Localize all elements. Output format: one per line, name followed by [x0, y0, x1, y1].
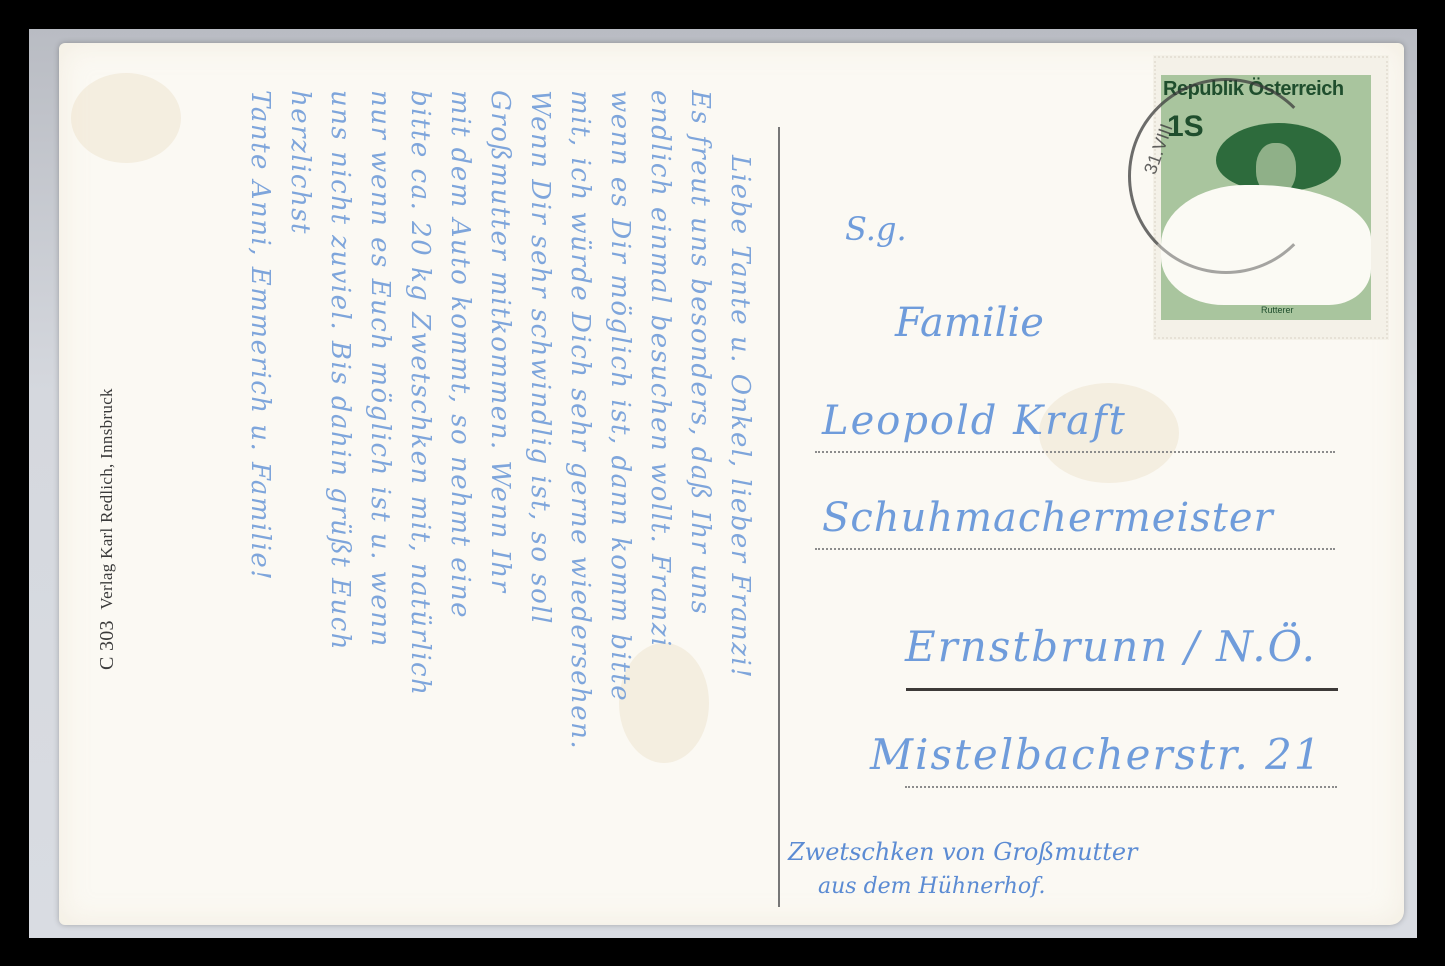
handwritten-message: Liebe Tante u. Onkel, lieber Franzi! Es … [80, 90, 760, 930]
address-line-1: Familie [895, 300, 1044, 346]
address-line-2: Leopold Kraft [822, 398, 1127, 444]
address-rule-solid [906, 688, 1338, 691]
message-line: wenn es Dir möglich ist, dann komm bitte [600, 90, 640, 930]
address-line-3: Schuhmachermeister [822, 495, 1274, 541]
message-line: mit, ich würde Dich sehr gerne wiederseh… [560, 90, 600, 930]
message-line: mit dem Auto kommt, so nehmt eine [440, 90, 480, 930]
address-line-4: Ernstbrunn / N.Ö. [905, 622, 1317, 671]
address-divider-line [778, 127, 780, 907]
message-line: nur wenn es Euch möglich ist u. wenn [360, 90, 400, 930]
address-line-5: Mistelbacherstr. 21 [870, 730, 1323, 779]
message-line: endlich einmal besuchen wollt. Franzi [640, 90, 680, 930]
message-line: bitte ca. 20 kg Zwetschken mit, natürlic… [400, 90, 440, 930]
message-line: uns nicht zuviel. Bis dahin grüßt Euch [320, 90, 360, 930]
message-line: Wenn Dir sehr schwindlig ist, so soll [520, 90, 560, 930]
stamp-label: Rutterer [1261, 305, 1294, 315]
footnote-line-2: aus dem Hühnerhof. [818, 874, 1046, 899]
message-line: herzlichst [280, 90, 320, 930]
address-rule [815, 548, 1335, 550]
message-line: Es freut uns besonders, daß Ihr uns [680, 90, 720, 930]
address-rule [815, 451, 1335, 453]
message-line: Großmutter mitkommen. Wenn Ihr [480, 90, 520, 930]
message-line: Tante Anni, Emmerich u. Familie! [240, 90, 280, 930]
address-rule [905, 786, 1337, 788]
message-line: Liebe Tante u. Onkel, lieber Franzi! [720, 90, 760, 930]
address-salutation: S.g. [845, 210, 907, 248]
footnote-line-1: Zwetschken von Großmutter [788, 838, 1138, 866]
